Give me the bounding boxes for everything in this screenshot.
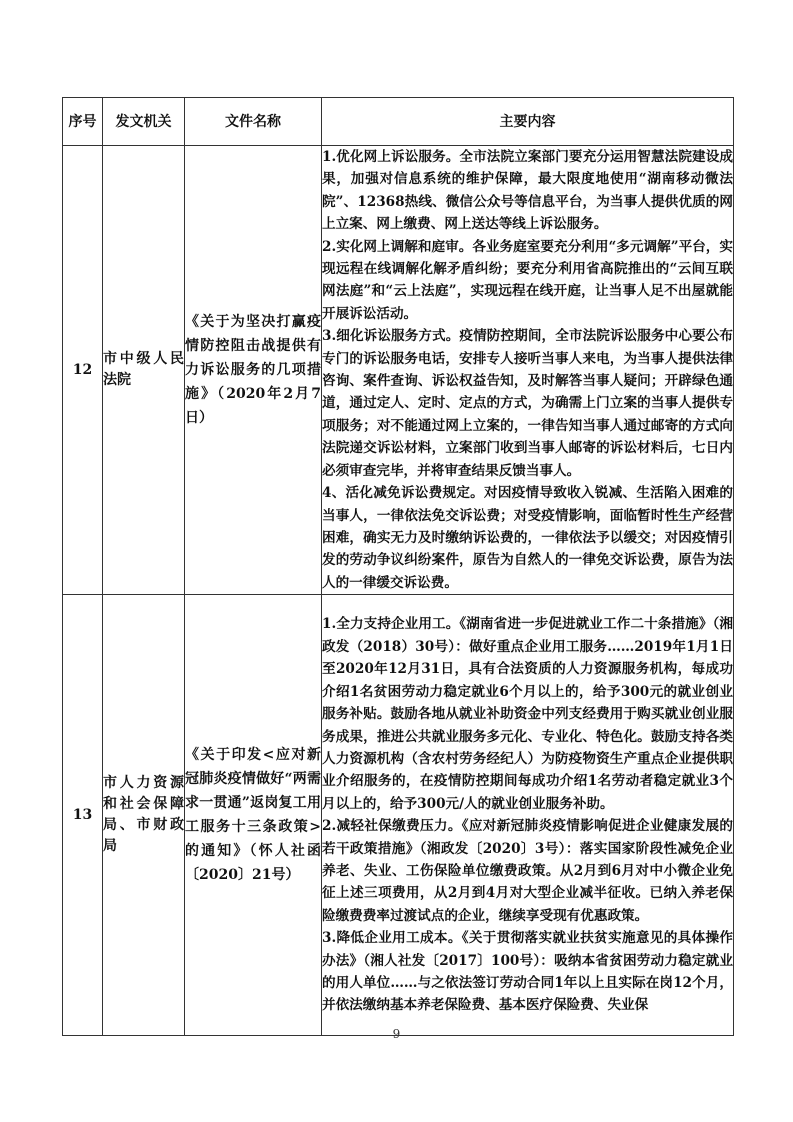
content-paragraph: 1.全力支持企业用工。《湖南省进一步促进就业工作二十条措施》（湘政发（2018）… xyxy=(322,613,733,815)
policy-table: 序号 发文机关 文件名称 主要内容 12 市中级人民法院 《关于为坚决打赢疫情防… xyxy=(62,97,734,1036)
row-seq: 13 xyxy=(63,595,103,1036)
header-content: 主要内容 xyxy=(322,98,734,146)
content-paragraph: 3.降低企业用工成本。《关于贯彻落实就业扶贫实施意见的具体操作办法》（湘人社发〔… xyxy=(322,927,733,1017)
table-row: 13 市人力资源和社会保障局、市财政局 《关于印发<应对新冠肺炎疫情做好“两需求… xyxy=(63,595,734,1036)
table-row: 12 市中级人民法院 《关于为坚决打赢疫情防控阻击战提供有力诉讼服务的几项措施》… xyxy=(63,146,734,595)
row-content: 1.优化网上诉讼服务。全市法院立案部门要充分运用智慧法院建设成果，加强对信息系统… xyxy=(322,146,734,595)
content-paragraph: 2.实化网上调解和庭审。各业务庭室要充分利用“多元调解”平台，实现远程在线调解化… xyxy=(322,236,733,326)
header-issuer: 发文机关 xyxy=(103,98,185,146)
row-seq: 12 xyxy=(63,146,103,595)
page-number: 9 xyxy=(0,1027,793,1041)
content-paragraph: 1.优化网上诉讼服务。全市法院立案部门要充分运用智慧法院建设成果，加强对信息系统… xyxy=(322,146,733,236)
row-content: 1.全力支持企业用工。《湖南省进一步促进就业工作二十条措施》（湘政发（2018）… xyxy=(322,595,734,1036)
content-paragraph: 2.减轻社保缴费压力。《应对新冠肺炎疫情影响促进企业健康发展的若干政策措施》（湘… xyxy=(322,815,733,927)
header-title: 文件名称 xyxy=(185,98,322,146)
content-paragraph: 4、活化减免诉讼费规定。对因疫情导致收入锐减、生活陷入困难的当事人，一律依法免交… xyxy=(322,482,733,594)
document-page: 序号 发文机关 文件名称 主要内容 12 市中级人民法院 《关于为坚决打赢疫情防… xyxy=(0,0,793,1122)
row-issuer: 市中级人民法院 xyxy=(103,146,185,595)
row-title: 《关于印发<应对新冠肺炎疫情做好“两需求一贯通”返岗复工用工服务十三条政策>的通… xyxy=(185,595,322,1036)
row-issuer: 市人力资源和社会保障局、市财政局 xyxy=(103,595,185,1036)
header-seq: 序号 xyxy=(63,98,103,146)
row-title: 《关于为坚决打赢疫情防控阻击战提供有力诉讼服务的几项措施》（2020年2月7日） xyxy=(185,146,322,595)
table-header-row: 序号 发文机关 文件名称 主要内容 xyxy=(63,98,734,146)
content-paragraph: 3.细化诉讼服务方式。疫情防控期间，全市法院诉讼服务中心要公布专门的诉讼服务电话… xyxy=(322,325,733,482)
